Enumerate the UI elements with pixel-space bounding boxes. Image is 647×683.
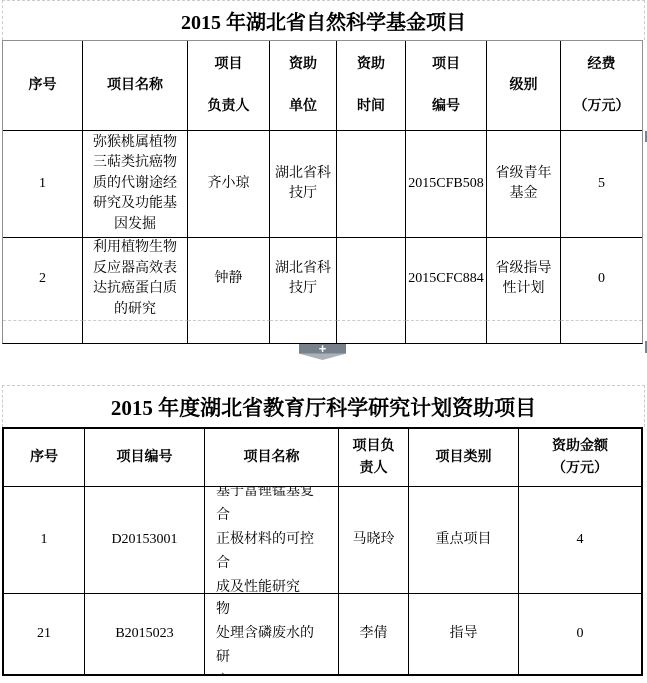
table-cell: 指导 (409, 594, 519, 674)
table-cell: 弥猴桃属植物 三萜类抗癌物 质的代谢途经 研究及功能基 因发掘 (83, 131, 188, 238)
empty-cell (270, 321, 337, 343)
empty-cell (3, 321, 83, 343)
table1-header-leader: 项目 负责人 (188, 41, 270, 131)
table-cell: 钟静 (188, 238, 270, 321)
table-cell: 2015CFB508 (406, 131, 487, 238)
plus-icon: + (319, 344, 327, 354)
table2-header-category: 项目类别 (409, 429, 519, 487)
table2-header-project-name: 项目名称 (205, 429, 339, 487)
table1-header-level: 级别 (487, 41, 561, 131)
table-cell: 0 (561, 238, 642, 321)
table-cell: 马晓玲 (339, 487, 409, 594)
table-cell: D20153001 (85, 487, 205, 594)
table-cell: 1 (3, 131, 83, 238)
table2-header-serial: 序号 (4, 429, 85, 487)
table2-header-leader: 项目负 责人 (339, 429, 409, 487)
table-cell: 21 (4, 594, 85, 674)
table1-title: 2015 年湖北省自然科学基金项目 (2, 0, 645, 40)
table1-header-project-id: 项目 编号 (406, 41, 487, 131)
empty-cell (337, 321, 406, 343)
table1-header-project-name: 项目名称 (83, 41, 188, 131)
table2-header-project-id: 项目编号 (85, 429, 205, 487)
table-cell: 利用植物生物 反应器高效表 达抗癌蛋白质 的研究 (83, 238, 188, 321)
table1: 序号 项目名称 项目 负责人 资助 单位 资助 时间 项目 编号 级别 经费 （… (2, 40, 643, 344)
table-cell: 齐小琼 (188, 131, 270, 238)
table-cell: 0 (519, 594, 641, 674)
table-cell (337, 131, 406, 238)
table-cell: 重点项目 (409, 487, 519, 594)
empty-cell (83, 321, 188, 343)
table1-header-funding-unit: 资助 单位 (270, 41, 337, 131)
table1-header-funds: 经费 （万元） (561, 41, 642, 131)
table-cell: B2015023 (85, 594, 205, 674)
table2: 序号 项目编号 项目名称 项目负 责人 项目类别 资助金额 （万元） 1 D20… (2, 427, 643, 676)
empty-cell (487, 321, 561, 343)
table-cell: 李倩 (339, 594, 409, 674)
table2-title: 2015 年度湖北省教育厅科学研究计划资助项目 (2, 385, 645, 427)
table1-header-funding-time: 资助 时间 (337, 41, 406, 131)
empty-cell (561, 321, 642, 343)
table-cell: 湖北省科 技厅 (270, 131, 337, 238)
table-cell: 4 (519, 487, 641, 594)
table-cell: 省级青年 基金 (487, 131, 561, 238)
table-cell: 基于富锂锰基复合 正极材料的可控合 成及性能研究 (205, 487, 339, 594)
table-cell: 5 (561, 131, 642, 238)
table-cell: 2 (3, 238, 83, 321)
table1-header-serial: 序号 (3, 41, 83, 131)
table-cell: 湖北省科 技厅 (270, 238, 337, 321)
table-cell: 利用农产品废弃物 处理含磷废水的研 究 (205, 594, 339, 674)
table-cell (337, 238, 406, 321)
document-canvas: 2015 年湖北省自然科学基金项目 序号 项目名称 项目 负责人 资助 单位 资… (0, 0, 647, 683)
table-cell: 省级指导 性计划 (487, 238, 561, 321)
table-cell: 1 (4, 487, 85, 594)
empty-cell (406, 321, 487, 343)
table2-header-amount: 资助金额 （万元） (519, 429, 641, 487)
empty-cell (188, 321, 270, 343)
insert-row-button[interactable]: + (299, 344, 346, 360)
table-cell: 2015CFC884 (406, 238, 487, 321)
